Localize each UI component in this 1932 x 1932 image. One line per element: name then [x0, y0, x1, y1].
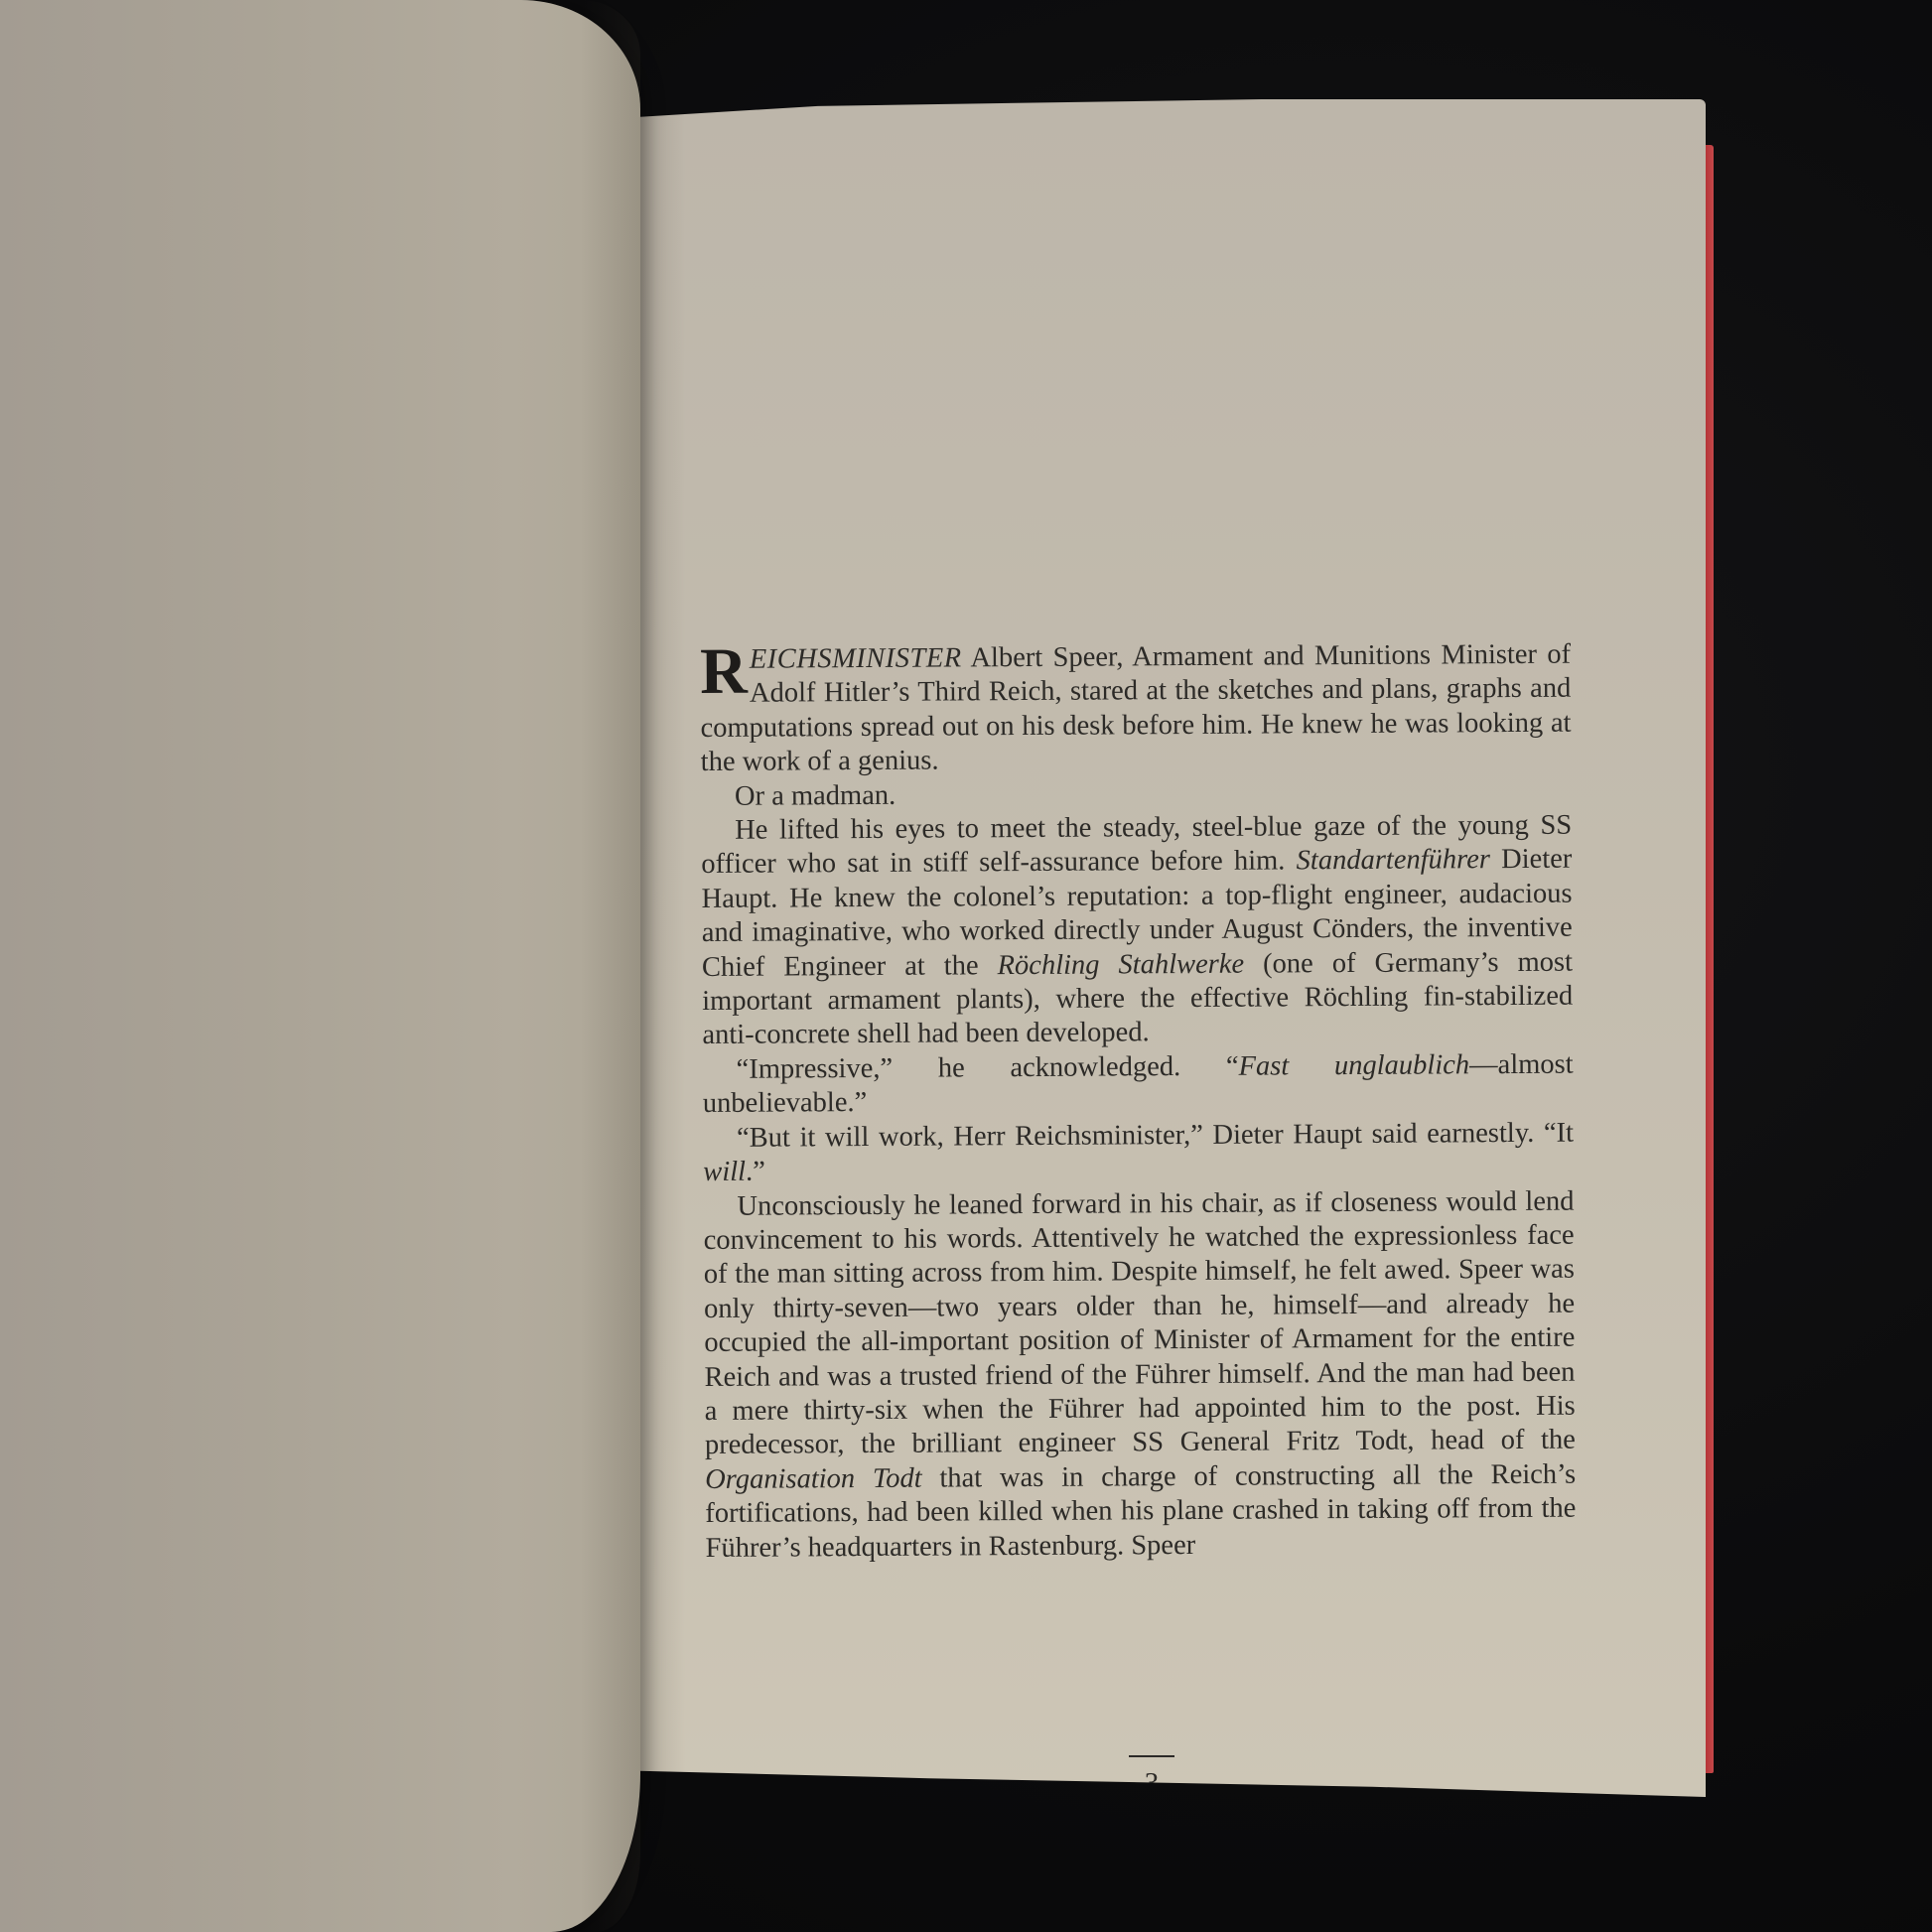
- page-number-rule: [1129, 1755, 1174, 1757]
- italic-will: will: [703, 1157, 746, 1187]
- italic-standartenfuehrer: Standartenführer: [1297, 845, 1490, 877]
- paragraph-6: Unconsciously he leaned forward in his c…: [703, 1184, 1576, 1566]
- right-page: REICHSMINISTER Albert Speer, Armament an…: [596, 99, 1706, 1797]
- paragraph-4-text-a: “Impressive,” he acknowledged. “: [737, 1051, 1239, 1085]
- italic-fast-unglaublich: Fast unglaublich: [1238, 1049, 1469, 1081]
- drop-cap: R: [700, 647, 748, 697]
- paragraph-4: “Impressive,” he acknowledged. “Fast ung…: [703, 1048, 1574, 1122]
- paragraph-3: He lifted his eyes to meet the steady, s…: [701, 809, 1573, 1053]
- paragraph-5-text-b: .”: [746, 1157, 765, 1187]
- paragraph-1: REICHSMINISTER Albert Speer, Armament an…: [700, 638, 1572, 780]
- book-photo: REICHSMINISTER Albert Speer, Armament an…: [0, 0, 1932, 1932]
- italic-organisation-todt: Organisation Todt: [705, 1462, 922, 1494]
- opening-word: EICHSMINISTER: [750, 642, 962, 674]
- page-number-text: 3: [1145, 1767, 1160, 1799]
- left-page-blank: [0, 0, 640, 1932]
- paragraph-6-text-a: Unconsciously he leaned forward in his c…: [704, 1185, 1576, 1460]
- paragraph-2: Or a madman.: [701, 774, 1572, 814]
- italic-roechling-stahlwerke: Röchling Stahlwerke: [997, 948, 1244, 981]
- chapter-text: REICHSMINISTER Albert Speer, Armament an…: [700, 638, 1577, 1566]
- page-number: 3: [1122, 1755, 1181, 1800]
- paragraph-5: “But it will work, Herr Reichsminister,”…: [703, 1116, 1574, 1189]
- paragraph-5-text-a: “But it will work, Herr Reichsminister,”…: [737, 1117, 1574, 1153]
- paragraph-2-text: Or a madman.: [735, 779, 896, 811]
